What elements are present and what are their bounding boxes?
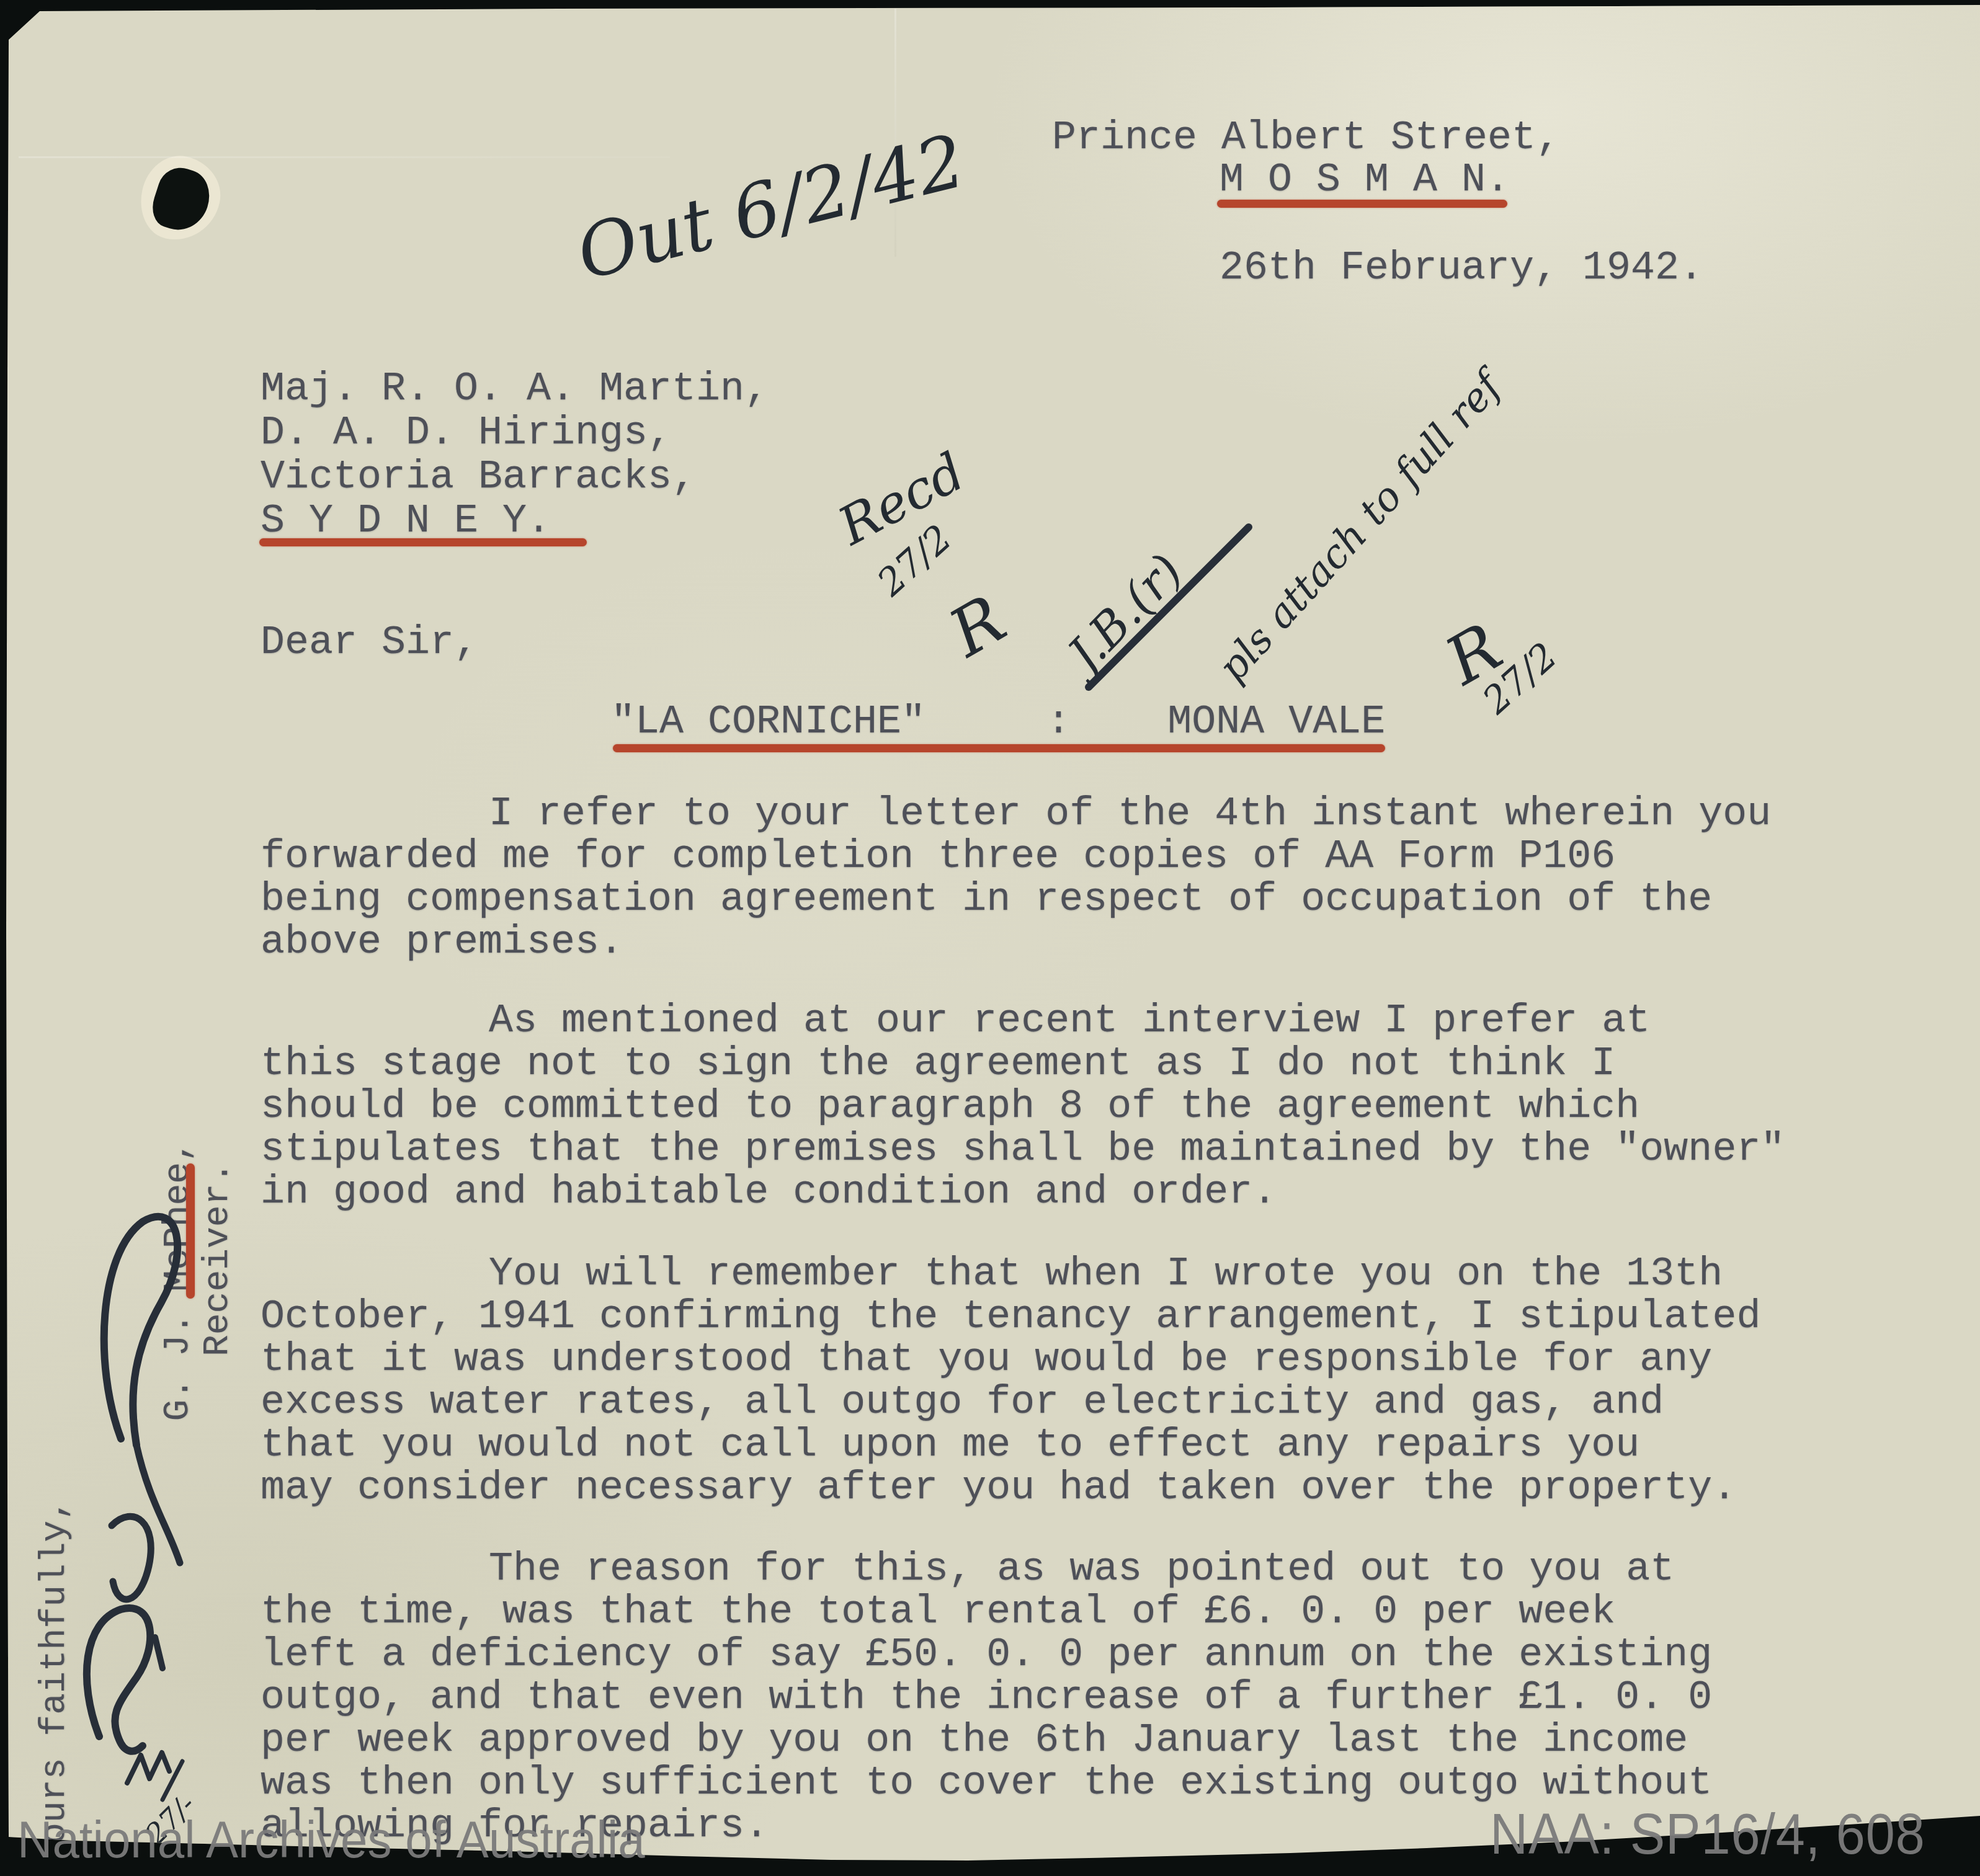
archive-watermark-left: National Archives of Australia — [17, 1810, 645, 1870]
sender-street: Prince Albert Street, — [1052, 117, 1560, 159]
subject-line: "LA CORNICHE" : MONA VALE — [611, 701, 1385, 744]
initial-annotation-1: R — [937, 581, 1019, 672]
archive-reference-watermark: NAA: SP16/4, 608 — [1490, 1802, 1925, 1867]
suburb-underline — [1217, 200, 1507, 208]
horizontal-crease — [19, 156, 670, 158]
recipient-address: Maj. R. O. A. Martin, D. A. D. Hirings, … — [261, 367, 769, 543]
salutation: Dear Sir, — [261, 621, 478, 664]
paragraph-2: As mentioned at our recent interview I p… — [261, 1000, 1811, 1214]
signature-ink — [25, 1178, 223, 1811]
sydney-underline — [259, 538, 587, 546]
paragraph-1: I refer to your letter of the 4th instan… — [261, 793, 1811, 964]
scanned-letter: Prince Albert Street, M O S M A N. 26th … — [0, 0, 1980, 1876]
paragraph-3: You will remember that when I wrote you … — [261, 1253, 1811, 1509]
letter-date: 26th February, 1942. — [1220, 247, 1703, 290]
sender-suburb: M O S M A N. — [1220, 159, 1510, 202]
subject-underline — [613, 744, 1385, 752]
top-annotation: Out 6/2/42 — [569, 118, 973, 296]
letter-paper: Prince Albert Street, M O S M A N. 26th … — [0, 0, 1980, 1876]
